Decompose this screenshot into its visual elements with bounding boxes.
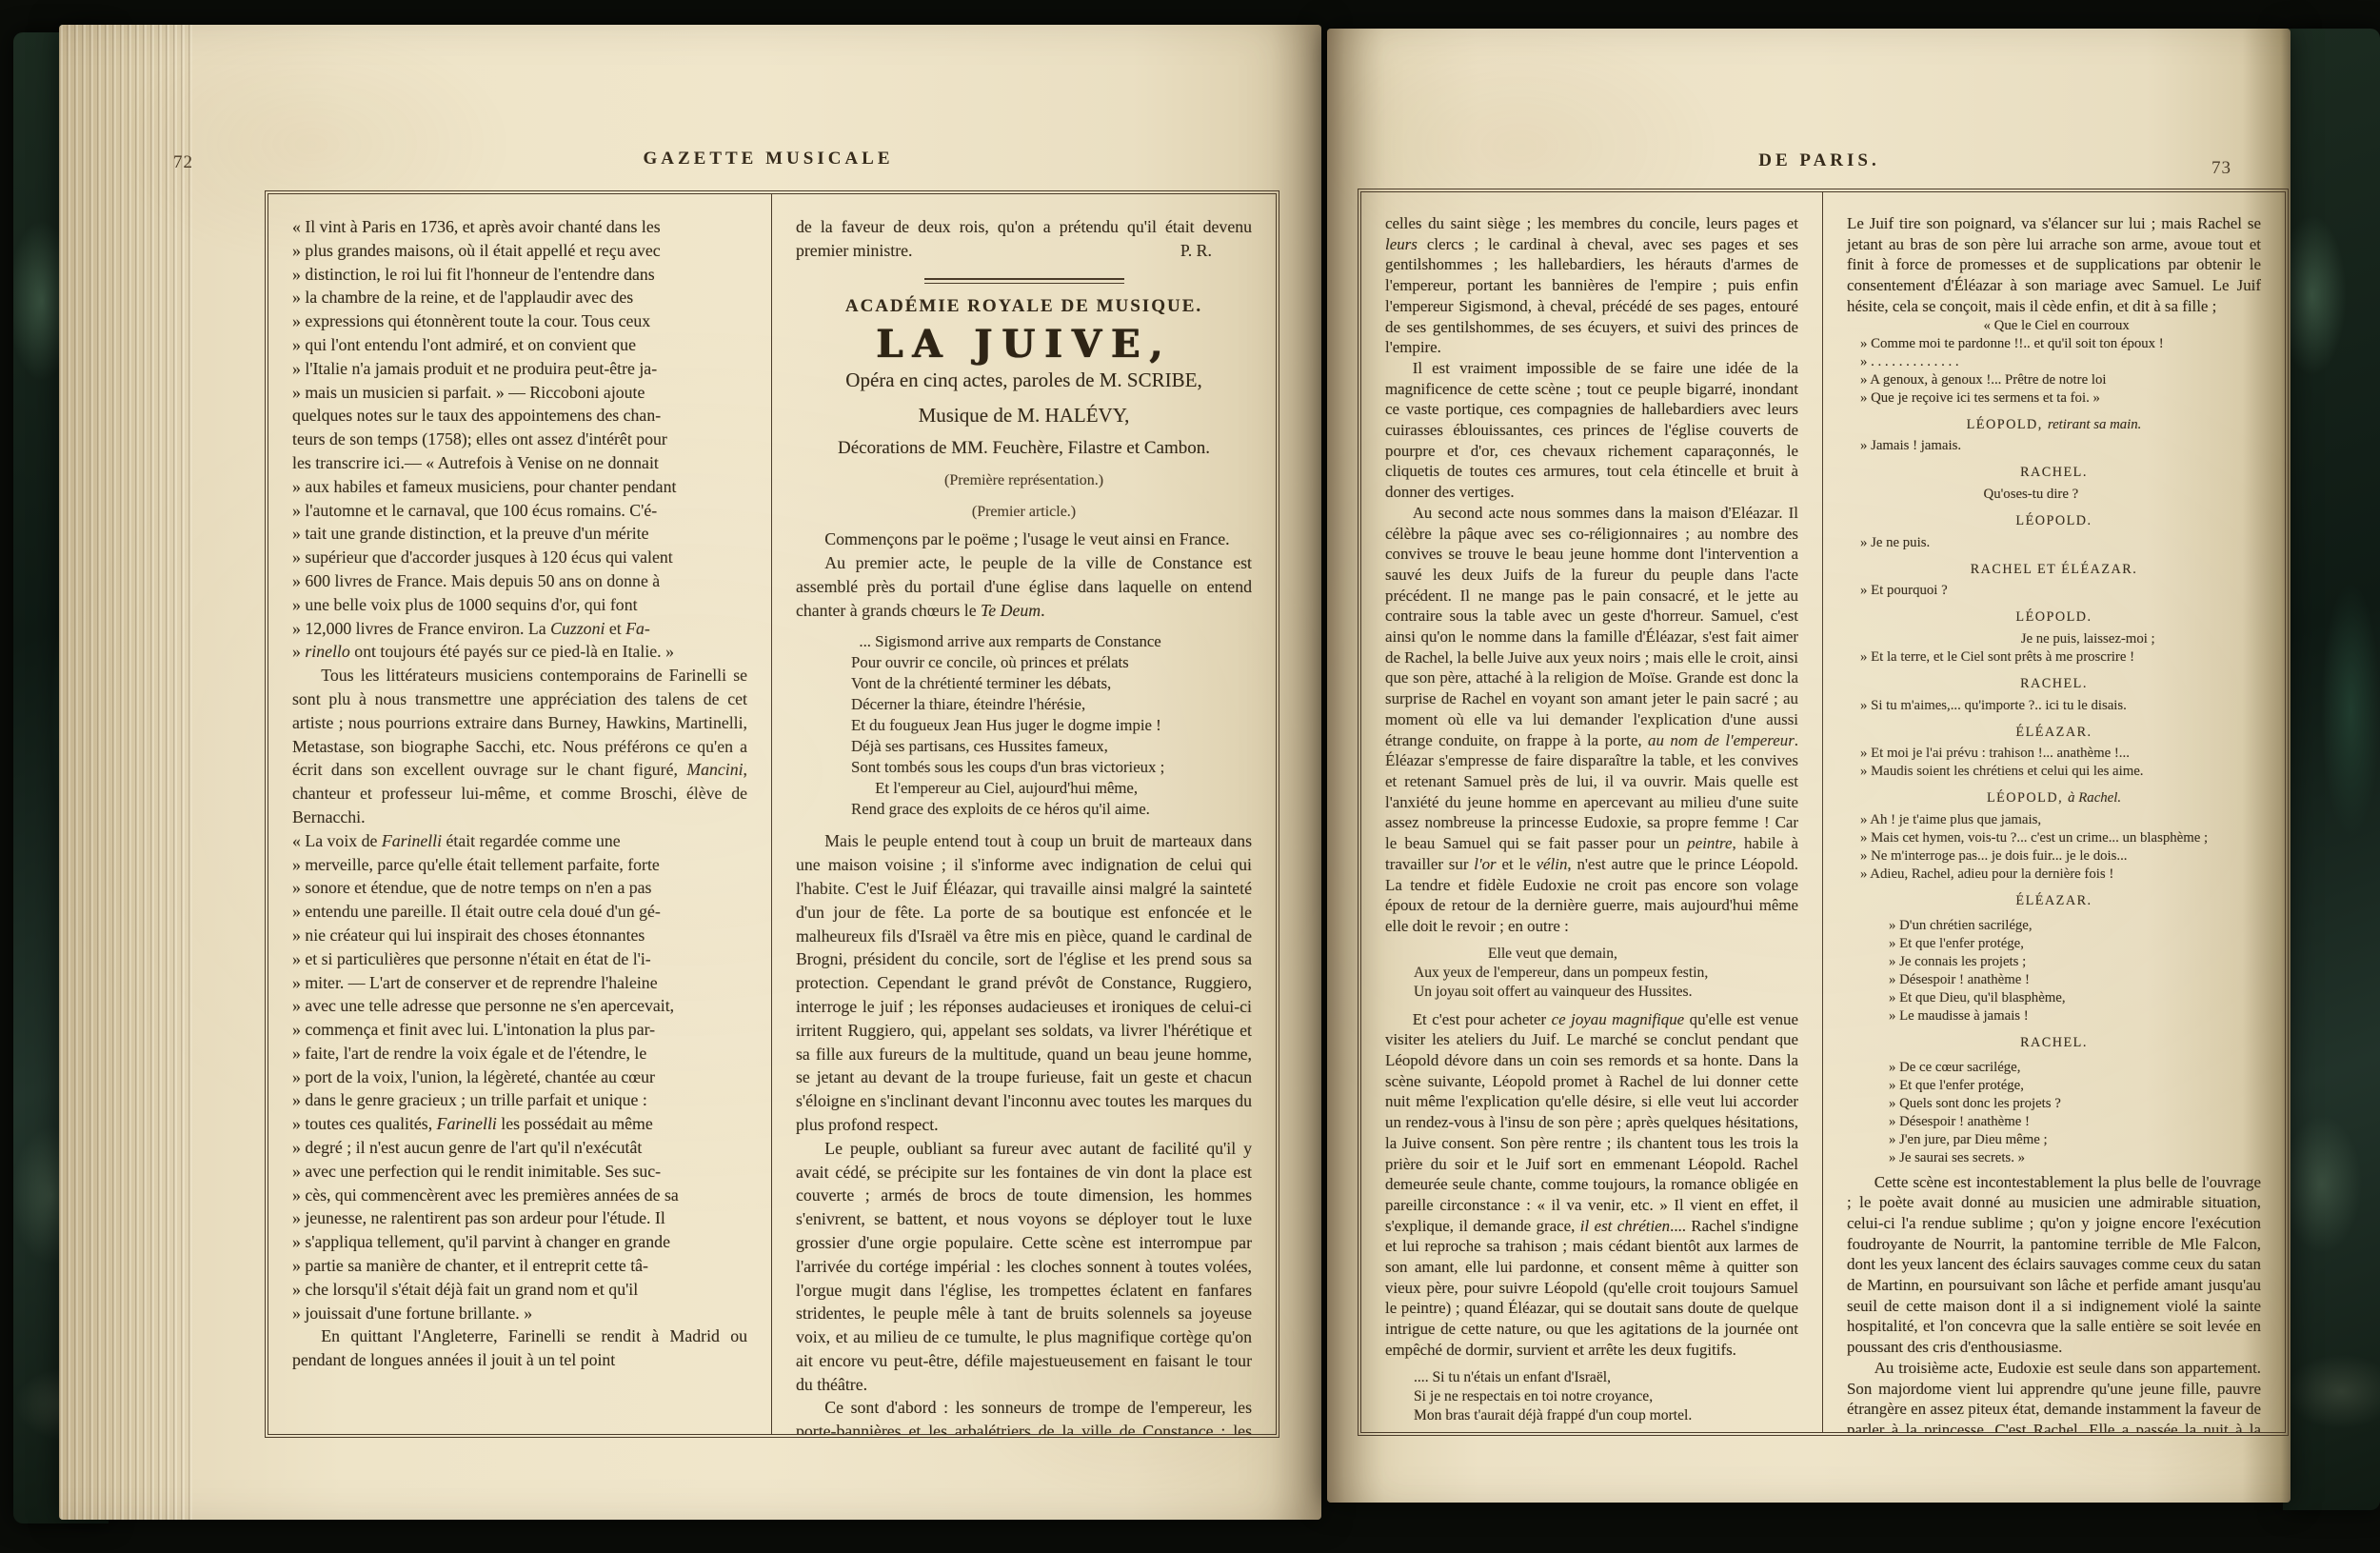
quoted-passage: « Il vint à Paris en 1736, et après avoi… [292, 215, 747, 664]
speaker-name: RACHEL. [1847, 1033, 2261, 1054]
separator-rule [924, 278, 1124, 284]
speaker-name: RACHEL. [1847, 463, 2261, 484]
page-right: 73 DE PARIS. celles du saint siège ; les… [1327, 29, 2291, 1503]
dialogue-lines: » Et la terre, et le Ciel sont prêts à m… [1860, 648, 2261, 667]
paragraph: Tous les littérateurs musiciens contempo… [292, 664, 747, 829]
dialogue-line: Qu'oses-tu dire ? [1984, 486, 2261, 504]
dialogue-lines: » Je ne puis. [1860, 534, 2261, 552]
dialogue-lines: » Ah ! je t'aime plus que jamais, » Mais… [1860, 811, 2261, 884]
page-number-left: 72 [173, 152, 193, 173]
running-title-right: DE PARIS. [1358, 150, 2281, 171]
paragraph: Il est vraiment impossible de se faire u… [1385, 358, 1798, 503]
book-spread-photo: 72 GAZETTE MUSICALE « Il vint à Paris en… [0, 0, 2380, 1553]
column-left-2: de la faveur de deux rois, qu'on a préte… [772, 194, 1276, 1434]
paragraph: Ce sont d'abord : les sonneurs de trompe… [796, 1396, 1252, 1434]
paragraph: Au premier acte, le peuple de la ville d… [796, 551, 1252, 622]
dialogue-line: Je ne puis, laissez-moi ; [2021, 630, 2261, 648]
running-title-left: GAZETTE MUSICALE [265, 149, 1272, 169]
speaker-name: RACHEL. [1847, 674, 2261, 695]
dialogue-lines: » Si tu m'aimes,... qu'importe ?.. ici t… [1860, 697, 2261, 715]
book-cover-right [2283, 29, 2380, 1510]
speaker-name: LÉOPOLD. [1847, 607, 2261, 628]
paragraph: Le Juif tire son poignard, va s'élancer … [1847, 213, 2261, 317]
dialogue-lines: » Comme moi te pardonne !!.. et qu'il so… [1860, 335, 2261, 408]
paragraph: Le peuple, oubliant sa fureur avec autan… [796, 1137, 1252, 1397]
dialogue-lines: » Et pourquoi ? [1860, 582, 2261, 600]
text-frame-right: celles du saint siège ; les membres du c… [1358, 189, 2289, 1436]
column-right-1: celles du saint siège ; les membres du c… [1361, 192, 1823, 1432]
paragraph: Cette scène est incontestablement la plu… [1847, 1172, 2261, 1358]
subtitle: Opéra en cinq actes, paroles de M. SCRIB… [796, 368, 1252, 392]
column-right-2: Le Juif tire son poignard, va s'élancer … [1823, 192, 2285, 1432]
paragraph: Et c'est pour acheter ce joyau magnifiqu… [1385, 1009, 1798, 1361]
paragraph: Au second acte nous sommes dans la maiso… [1385, 503, 1798, 937]
note: (Première représentation.) [796, 469, 1252, 493]
verse: ... Sigismond arrive aux remparts de Con… [851, 631, 1252, 820]
speaker-name: LÉOPOLD. [1847, 511, 2261, 532]
dialogue-line: « Que le Ciel en courroux [1984, 317, 2261, 335]
paragraph: En quittant l'Angleterre, Farinelli se r… [292, 1324, 747, 1372]
column-left-1: « Il vint à Paris en 1736, et après avoi… [268, 194, 772, 1434]
speaker-name: LÉOPOLD, retirant sa main. [1847, 415, 2261, 436]
verse-stanza: » D'un chrétien sacrilége, » Et que l'en… [1889, 917, 2261, 1025]
paragraph: Commençons par le poëme ; l'usage le veu… [796, 528, 1252, 551]
speaker-name: LÉOPOLD, à Rachel. [1847, 788, 2261, 809]
text-frame-left: « Il vint à Paris en 1736, et après avoi… [265, 190, 1279, 1438]
subtitle: Décorations de MM. Feuchère, Filastre et… [796, 437, 1252, 461]
quoted-passage: « La voix de Farinelli était regardée co… [292, 829, 747, 1325]
paragraph: Au troisième acte, Eudoxie est seule dan… [1847, 1358, 2261, 1432]
dialogue-lines: » Jamais ! jamais. [1860, 437, 2261, 455]
verse: .... Si tu n'étais un enfant d'Israël, S… [1414, 1368, 1798, 1425]
page-edge-stack [59, 25, 192, 1520]
verse-stanza: » De ce cœur sacrilége, » Et que l'enfer… [1889, 1059, 2261, 1167]
paragraph: Mais le peuple entend tout à coup un bru… [796, 829, 1252, 1136]
speaker-name: RACHEL ET ÉLÉAZAR. [1847, 560, 2261, 581]
speaker-name: ÉLÉAZAR. [1847, 723, 2261, 744]
verse: Elle veut que demain, Aux yeux de l'empe… [1414, 945, 1798, 1002]
section-heading: ACADÉMIE ROYALE DE MUSIQUE. [796, 295, 1252, 319]
subtitle: Musique de M. HALÉVY, [796, 404, 1252, 428]
speaker-name: ÉLÉAZAR. [1847, 891, 2261, 912]
paragraph: celles du saint siège ; les membres du c… [1385, 213, 1798, 358]
dialogue-lines: » Et moi je l'ai prévu : trahison !... a… [1860, 745, 2261, 781]
opera-title: LA JUIVE, [796, 333, 1252, 357]
note: (Premier article.) [796, 501, 1252, 525]
page-left: 72 GAZETTE MUSICALE « Il vint à Paris en… [59, 25, 1321, 1520]
